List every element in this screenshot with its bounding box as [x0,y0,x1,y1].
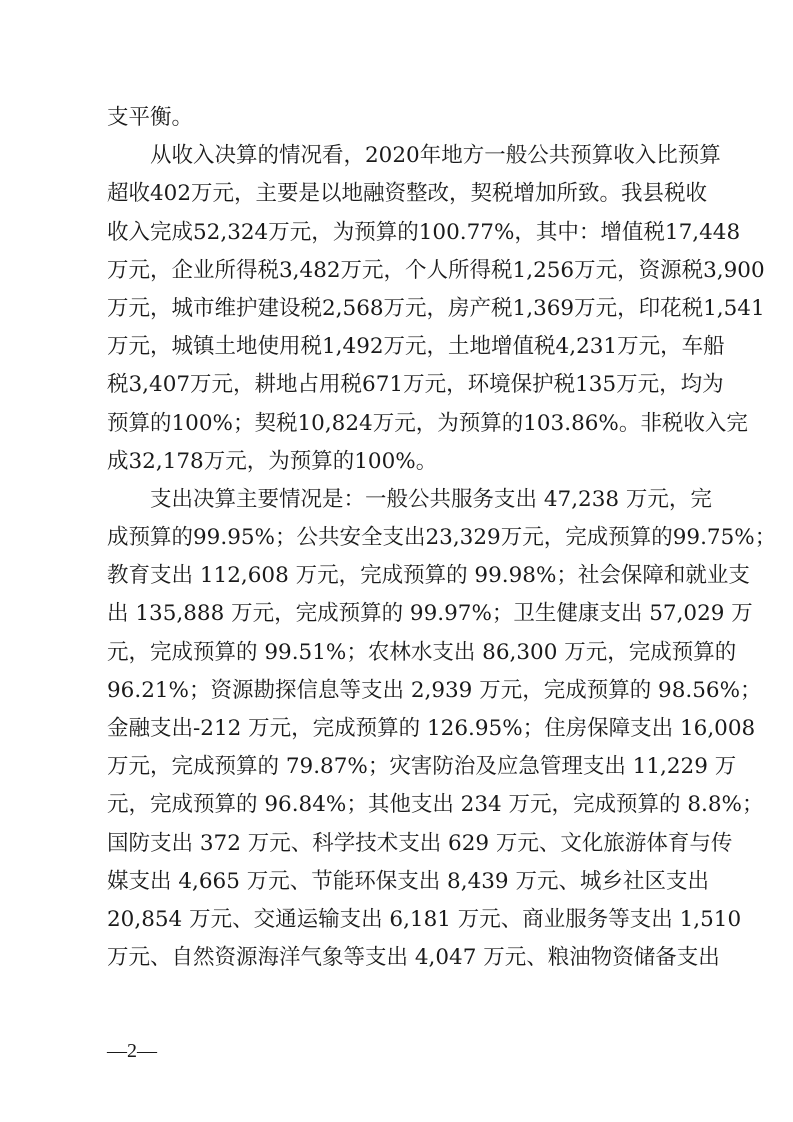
text-line: 万元，城市维护建设税2,568万元，房产税1,369万元，印花税1,541 [107,290,692,328]
text-line: 税3,407万元，耕地占用税671万元，环境保护税135万元，均为 [107,366,692,404]
text-line: 预算的100%；契税10,824万元，为预算的103.86%。非税收入完 [107,405,692,443]
text-line: 万元、自然资源海洋气象等支出 4,047 万元、粮油物资储备支出 [107,939,692,977]
text-line: 20,854 万元、交通运输支出 6,181 万元、商业服务等支出 1,510 [107,901,692,939]
text-line: 成32,178万元，为预算的100%。 [107,443,692,481]
text-line: 成预算的99.95%；公共安全支出23,329万元，完成预算的99.75%； [107,519,692,557]
text-line: 元，完成预算的 96.84%；其他支出 234 万元，完成预算的 8.8%； [107,786,692,824]
text-line: 金融支出-212 万元，完成预算的 126.95%；住房保障支出 16,008 [107,710,692,748]
text-line: 媒支出 4,665 万元、节能环保支出 8,439 万元、城乡社区支出 [107,863,692,901]
page-number: —2— [107,1040,157,1063]
text-line: 出 135,888 万元，完成预算的 99.97%；卫生健康支出 57,029 … [107,595,692,633]
text-line: 超收402万元，主要是以地融资整改，契税增加所致。我县税收 [107,175,692,213]
text-line: 96.21%；资源勘探信息等支出 2,939 万元，完成预算的 98.56%； [107,672,692,710]
document-page: 支平衡。 从收入决算的情况看，2020年地方一般公共预算收入比预算 超收402万… [0,0,793,1122]
text-line: 元，完成预算的 99.51%；农林水支出 86,300 万元，完成预算的 [107,634,692,672]
text-line: 从收入决算的情况看，2020年地方一般公共预算收入比预算 [107,137,692,175]
text-line: 万元，完成预算的 79.87%；灾害防治及应急管理支出 11,229 万 [107,748,692,786]
text-line: 万元，城镇土地使用税1,492万元，土地增值税4,231万元，车船 [107,328,692,366]
text-line: 教育支出 112,608 万元，完成预算的 99.98%；社会保障和就业支 [107,557,692,595]
text-line: 收入完成52,324万元，为预算的100.77%，其中：增值税17,448 [107,214,692,252]
body-text: 支平衡。 从收入决算的情况看，2020年地方一般公共预算收入比预算 超收402万… [107,99,692,977]
text-line: 支出决算主要情况是：一般公共服务支出 47,238 万元，完 [107,481,692,519]
text-line: 支平衡。 [107,99,692,137]
text-line: 万元，企业所得税3,482万元，个人所得税1,256万元，资源税3,900 [107,252,692,290]
text-line: 国防支出 372 万元、科学技术支出 629 万元、文化旅游体育与传 [107,825,692,863]
